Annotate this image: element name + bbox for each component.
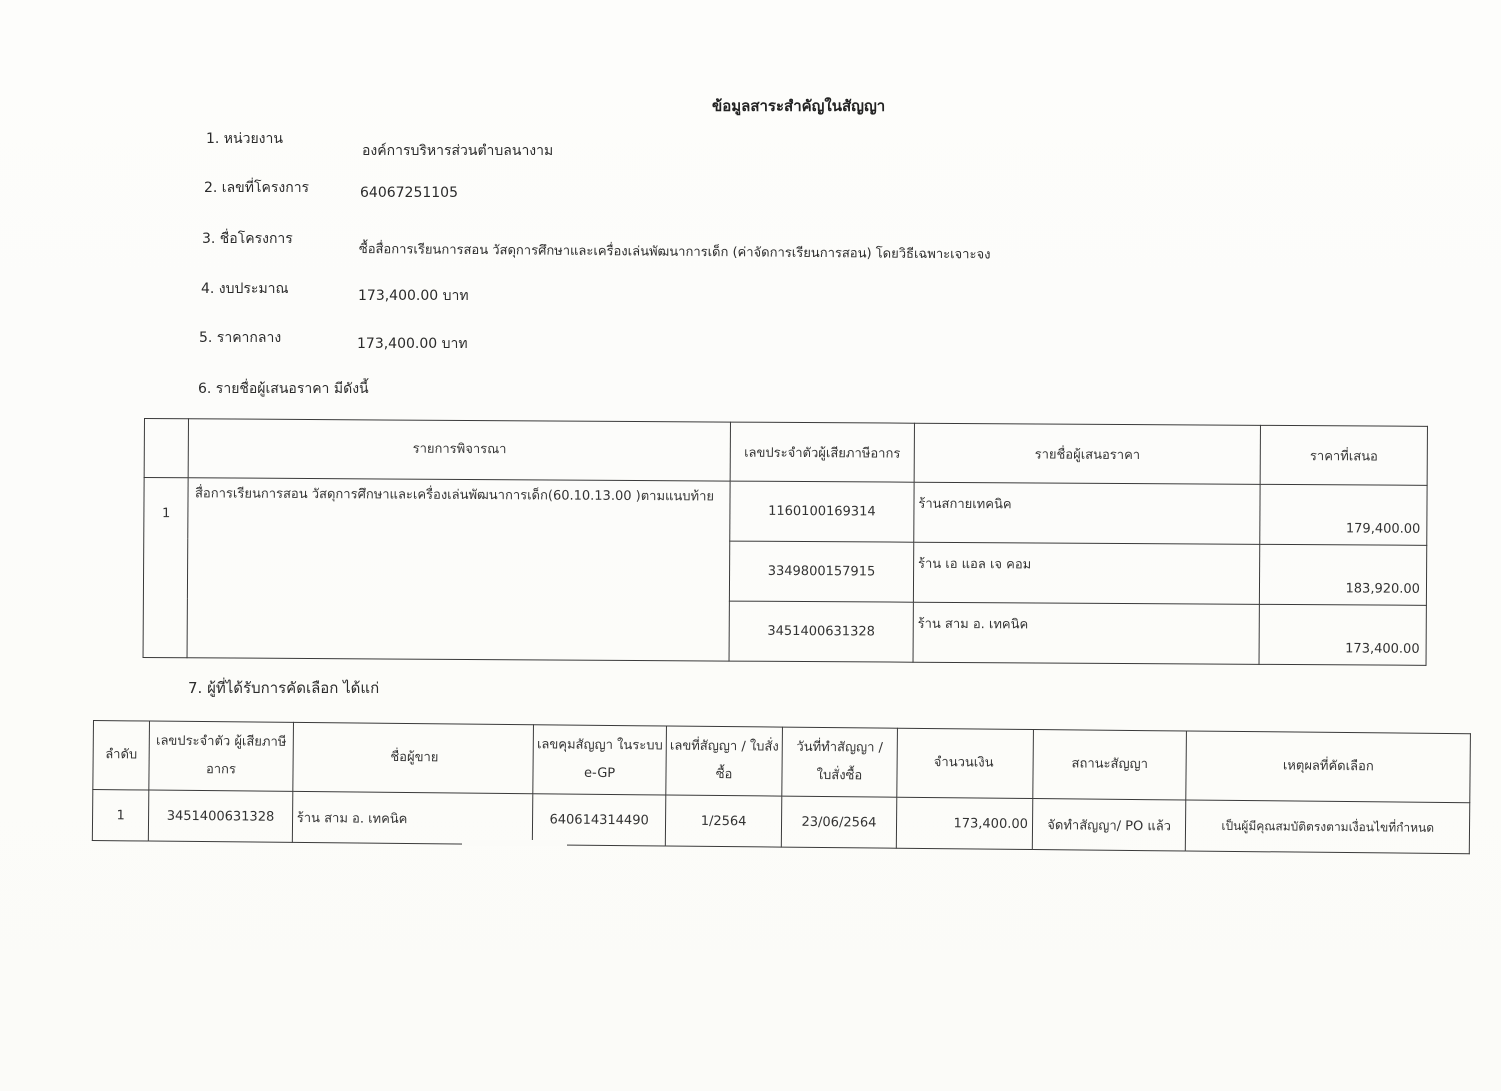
field-value-budget: 173,400.00 บาท — [358, 285, 469, 307]
header-bidder-name: รายชื่อผู้เสนอราคา — [914, 423, 1261, 484]
winners-table: ลำดับ เลขประจำตัว ผู้เสียภาษีอากร ชื่อผู… — [92, 720, 1471, 854]
item-description: สื่อการเรียนการสอน วัสดุการศึกษาและเครื่… — [188, 478, 731, 661]
field-label-agency: 1. หน่วยงาน — [206, 128, 283, 150]
scan-gap — [462, 840, 567, 846]
winner-tax-id: 3451400631328 — [148, 790, 292, 842]
bidder-price: 183,920.00 — [1260, 544, 1427, 605]
field-value-median-price: 173,400.00 บาท — [357, 333, 468, 355]
winner-order: 1 — [92, 790, 149, 842]
bidder-name: ร้าน เอ แอล เจ คอม — [913, 542, 1260, 604]
field-label-project-name: 3. ชื่อโครงการ — [202, 228, 293, 250]
section-6-label: 6. รายชื่อผู้เสนอราคา มีดังนี้ — [198, 378, 369, 400]
winner-contract-date: 23/06/2564 — [781, 796, 897, 848]
item-number: 1 — [143, 478, 189, 658]
header-item: รายการพิจารณา — [189, 419, 731, 481]
header-price: ราคาที่เสนอ — [1260, 425, 1427, 485]
header-blank — [144, 419, 189, 478]
field-value-agency: องค์การบริหารส่วนตำบลนางาม — [362, 140, 553, 162]
bidders-table: รายการพิจารณา เลขประจำตัวผู้เสียภาษีอากร… — [143, 418, 1428, 666]
field-label-median-price: 5. ราคากลาง — [199, 327, 281, 349]
header-order: ลำดับ — [93, 721, 150, 791]
field-label-budget: 4. งบประมาณ — [201, 278, 289, 300]
bidder-price: 173,400.00 — [1259, 604, 1426, 665]
bidder-tax-id: 1160100169314 — [730, 481, 914, 542]
winner-seller: ร้าน สาม อ. เทคนิค — [292, 791, 532, 844]
winner-amount: 173,400.00 — [896, 797, 1032, 849]
winner-egp-number: 640614314490 — [532, 794, 666, 846]
header-egp-number: เลขคุมสัญญา ในระบบ e-GP — [533, 725, 667, 795]
bidder-name: ร้าน สาม อ. เทคนิค — [913, 602, 1260, 664]
bidder-tax-id: 3451400631328 — [729, 601, 913, 662]
document-title: ข้อมูลสาระสำคัญในสัญญา — [712, 94, 885, 118]
header-contract-number: เลขที่สัญญา / ใบสั่งซื้อ — [666, 726, 782, 796]
winner-reason: เป็นผู้มีคุณสมบัติตรงตามเงื่อนไขที่กำหนด — [1186, 800, 1470, 854]
table-row: 1 สื่อการเรียนการสอน วัสดุการศึกษาและเคร… — [144, 478, 1427, 546]
header-contract-date: วันที่ทำสัญญา / ใบสั่งซื้อ — [782, 727, 898, 797]
bidders-header-row: รายการพิจารณา เลขประจำตัวผู้เสียภาษีอากร… — [144, 419, 1427, 486]
winner-contract-number: 1/2564 — [666, 795, 782, 847]
bidder-name: ร้านสกายเทคนิค — [914, 482, 1261, 544]
bidder-price: 179,400.00 — [1260, 484, 1427, 545]
winners-header-row: ลำดับ เลขประจำตัว ผู้เสียภาษีอากร ชื่อผู… — [93, 721, 1471, 803]
field-value-project-name: ซื้อสื่อการเรียนการสอน วัสดุการศึกษาและเ… — [359, 238, 991, 265]
header-reason: เหตุผลที่คัดเลือก — [1186, 731, 1470, 803]
section-7-label: 7. ผู้ที่ได้รับการคัดเลือก ได้แก่ — [188, 676, 379, 700]
field-label-project-number: 2. เลขที่โครงการ — [204, 177, 309, 199]
field-value-project-number: 64067251105 — [360, 185, 458, 201]
header-tax-id: เลขประจำตัว ผู้เสียภาษีอากร — [149, 721, 293, 791]
header-seller: ชื่อผู้ขาย — [293, 722, 534, 793]
header-status: สถานะสัญญา — [1033, 730, 1187, 800]
document-page: ข้อมูลสาระสำคัญในสัญญา 1. หน่วยงาน องค์ก… — [0, 0, 1501, 1091]
header-amount: จำนวนเงิน — [897, 728, 1033, 798]
bidder-tax-id: 3349800157915 — [729, 541, 913, 602]
winner-status: จัดทำสัญญา/ PO แล้ว — [1032, 799, 1186, 851]
header-tax-id: เลขประจำตัวผู้เสียภาษีอากร — [730, 422, 914, 482]
